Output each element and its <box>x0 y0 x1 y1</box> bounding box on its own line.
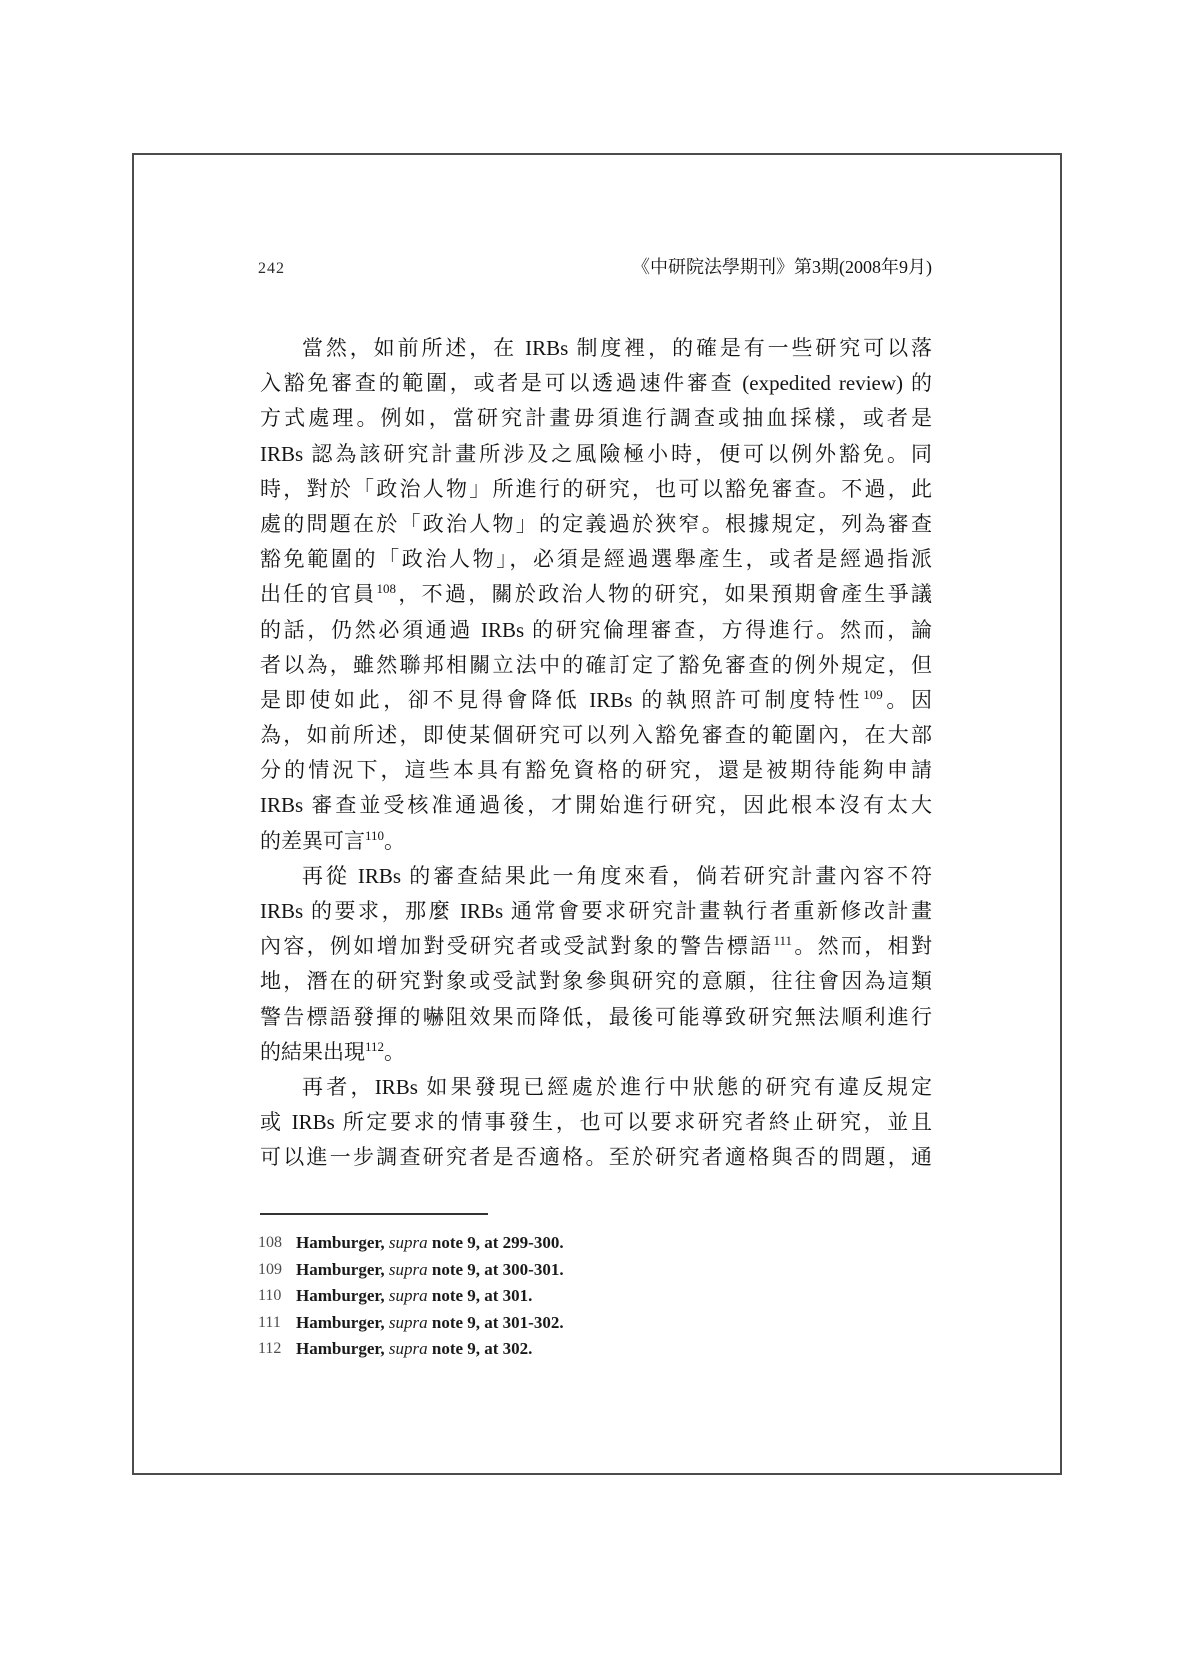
text-run: note 9, at 299-300. <box>428 1233 564 1252</box>
paragraph: 再者，IRBs 如果發現已經處於進行中狀態的研究有違反規定或 IRBs 所定要求… <box>260 1070 932 1176</box>
footnote-ref: 110 <box>365 828 384 843</box>
body-line: 警告標語發揮的嚇阻效果而降低，最後可能導致研究無法順利進行 <box>260 1000 932 1035</box>
footnote-number: 110 <box>258 1283 296 1310</box>
text-run: note 9, at 301. <box>428 1286 533 1305</box>
body-line: 時，對於「政治人物」所進行的研究，也可以豁免審查。不過，此 <box>260 472 932 507</box>
page-number: 242 <box>258 256 285 282</box>
page-header: 242 《中研院法學期刊》第3期(2008年9月) <box>258 254 932 282</box>
body-line: 可以進一步調查研究者是否適格。至於研究者適格與否的問題，通 <box>260 1140 932 1175</box>
footnote-item: 111Hamburger, supra note 9, at 301-302. <box>258 1310 932 1337</box>
text-run: ，不過，關於政治人物的研究，如果預期會產生爭議 <box>396 582 932 606</box>
paragraph: 再從 IRBs 的審查結果此一角度來看，倘若研究計畫內容不符IRBs 的要求，那… <box>260 859 932 1070</box>
text-run: supra <box>389 1286 428 1305</box>
text-run: note 9, at 300-301. <box>428 1260 564 1279</box>
text-run: 可以進一步調查研究者是否適格。至於研究者適格與否的問題，通 <box>260 1145 932 1169</box>
text-run: IRBs 認為該研究計畫所涉及之風險極小時，便可以例外豁免。同 <box>260 442 932 466</box>
text-run: 是即使如此，卻不見得會降低 IRBs 的執照許可制度特性 <box>260 688 863 712</box>
paragraph: 當然，如前所述，在 IRBs 制度裡，的確是有一些研究可以落入豁免審查的範圍，或… <box>260 331 932 859</box>
body-line: 地，潛在的研究對象或受試對象參與研究的意願，往往會因為這類 <box>260 964 932 999</box>
text-run: supra <box>389 1260 428 1279</box>
body-line: 豁免範圍的「政治人物」，必須是經過選舉產生，或者是經過指派 <box>260 542 932 577</box>
footnote-ref: 112 <box>365 1039 384 1054</box>
footnote-text: Hamburger, supra note 9, at 299-300. <box>296 1230 932 1257</box>
body-line: 的差異可言110。 <box>260 824 932 859</box>
text-run: IRBs 審查並受核准通過後，才開始進行研究，因此根本沒有太大 <box>260 793 932 817</box>
text-run: 分的情況下，這些本具有豁免資格的研究，還是被期待能夠申請 <box>260 758 932 782</box>
journal-header: 《中研院法學期刊》第3期(2008年9月) <box>632 254 932 280</box>
text-run: Hamburger, <box>296 1286 389 1305</box>
footnote-separator <box>260 1213 488 1215</box>
footnote-text: Hamburger, supra note 9, at 301. <box>296 1283 932 1310</box>
body-line: IRBs 審查並受核准通過後，才開始進行研究，因此根本沒有太大 <box>260 788 932 823</box>
body-line: 或 IRBs 所定要求的情事發生，也可以要求研究者終止研究，並且 <box>260 1105 932 1140</box>
text-run: 或 IRBs 所定要求的情事發生，也可以要求研究者終止研究，並且 <box>260 1110 932 1134</box>
text-run: 警告標語發揮的嚇阻效果而降低，最後可能導致研究無法順利進行 <box>260 1005 932 1029</box>
body-line: 出任的官員108，不過，關於政治人物的研究，如果預期會產生爭議 <box>260 577 932 612</box>
text-run: note 9, at 302. <box>428 1339 533 1358</box>
footnote-ref: 109 <box>863 687 883 702</box>
journal-page: 242 《中研院法學期刊》第3期(2008年9月) 當然，如前所述，在 IRBs… <box>0 0 1177 1664</box>
footnote-text: Hamburger, supra note 9, at 302. <box>296 1336 932 1363</box>
text-run: 者以為，雖然聯邦相關立法中的確訂定了豁免審查的例外規定，但 <box>260 653 932 677</box>
text-run: 的差異可言 <box>260 829 365 853</box>
body-line: IRBs 的要求，那麼 IRBs 通常會要求研究計畫執行者重新修改計畫 <box>260 894 932 929</box>
text-run: 入豁免審查的範圍，或者是可以透過速件審查 (expedited review) … <box>260 371 932 395</box>
footnote-list: 108Hamburger, supra note 9, at 299-300.1… <box>258 1230 932 1363</box>
body-line: 的結果出現112。 <box>260 1035 932 1070</box>
body-line: 分的情況下，這些本具有豁免資格的研究，還是被期待能夠申請 <box>260 753 932 788</box>
body-line: 當然，如前所述，在 IRBs 制度裡，的確是有一些研究可以落 <box>260 331 932 366</box>
text-run: 出任的官員 <box>260 582 377 606</box>
footnote-item: 112Hamburger, supra note 9, at 302. <box>258 1336 932 1363</box>
body-line: 方式處理。例如，當研究計畫毋須進行調查或抽血採樣，或者是 <box>260 401 932 436</box>
text-run: supra <box>389 1313 428 1332</box>
footnote-number: 111 <box>258 1310 296 1337</box>
text-run: 再者，IRBs 如果發現已經處於進行中狀態的研究有違反規定 <box>302 1075 932 1099</box>
text-run: 方式處理。例如，當研究計畫毋須進行調查或抽血採樣，或者是 <box>260 406 932 430</box>
body-line: 是即使如此，卻不見得會降低 IRBs 的執照許可制度特性109。因 <box>260 683 932 718</box>
text-run: supra <box>389 1233 428 1252</box>
text-run: 。因 <box>883 688 932 712</box>
text-run: 。然而，相對 <box>792 934 932 958</box>
body-line: IRBs 認為該研究計畫所涉及之風險極小時，便可以例外豁免。同 <box>260 437 932 472</box>
text-run: supra <box>389 1339 428 1358</box>
footnote-ref: 111 <box>773 933 792 948</box>
text-run: 為，如前所述，即使某個研究可以列入豁免審查的範圍內，在大部 <box>260 723 932 747</box>
body-line: 的話，仍然必須通過 IRBs 的研究倫理審查，方得進行。然而，論 <box>260 613 932 648</box>
footnote-text: Hamburger, supra note 9, at 300-301. <box>296 1257 932 1284</box>
text-run: Hamburger, <box>296 1339 389 1358</box>
text-run: 的話，仍然必須通過 IRBs 的研究倫理審查，方得進行。然而，論 <box>260 618 932 642</box>
text-run: IRBs 的要求，那麼 IRBs 通常會要求研究計畫執行者重新修改計畫 <box>260 899 932 923</box>
footnote-number: 112 <box>258 1336 296 1363</box>
body-line: 者以為，雖然聯邦相關立法中的確訂定了豁免審查的例外規定，但 <box>260 648 932 683</box>
text-run: Hamburger, <box>296 1233 389 1252</box>
footnote-text: Hamburger, supra note 9, at 301-302. <box>296 1310 932 1337</box>
text-run: 處的問題在於「政治人物」的定義過於狹窄。根據規定，列為審查 <box>260 512 932 536</box>
text-run: note 9, at 301-302. <box>428 1313 564 1332</box>
text-run: Hamburger, <box>296 1260 389 1279</box>
body-line: 內容，例如增加對受研究者或受試對象的警告標語111。然而，相對 <box>260 929 932 964</box>
text-run: 豁免範圍的「政治人物」，必須是經過選舉產生，或者是經過指派 <box>260 547 932 571</box>
footnote-item: 108Hamburger, supra note 9, at 299-300. <box>258 1230 932 1257</box>
body-line: 為，如前所述，即使某個研究可以列入豁免審查的範圍內，在大部 <box>260 718 932 753</box>
text-run: 。 <box>384 1040 405 1064</box>
text-run: 的結果出現 <box>260 1040 365 1064</box>
body-line: 處的問題在於「政治人物」的定義過於狹窄。根據規定，列為審查 <box>260 507 932 542</box>
footnote-item: 110Hamburger, supra note 9, at 301. <box>258 1283 932 1310</box>
text-run: 時，對於「政治人物」所進行的研究，也可以豁免審查。不過，此 <box>260 477 932 501</box>
footnote-item: 109Hamburger, supra note 9, at 300-301. <box>258 1257 932 1284</box>
body-text: 當然，如前所述，在 IRBs 制度裡，的確是有一些研究可以落入豁免審查的範圍，或… <box>260 331 932 1176</box>
text-run: Hamburger, <box>296 1313 389 1332</box>
body-line: 入豁免審查的範圍，或者是可以透過速件審查 (expedited review) … <box>260 366 932 401</box>
footnote-number: 108 <box>258 1230 296 1257</box>
text-run: 當然，如前所述，在 IRBs 制度裡，的確是有一些研究可以落 <box>302 336 932 360</box>
footnote-ref: 108 <box>377 581 397 596</box>
text-run: 再從 IRBs 的審查結果此一角度來看，倘若研究計畫內容不符 <box>302 864 932 888</box>
body-line: 再者，IRBs 如果發現已經處於進行中狀態的研究有違反規定 <box>260 1070 932 1105</box>
footnote-number: 109 <box>258 1257 296 1284</box>
text-run: 內容，例如增加對受研究者或受試對象的警告標語 <box>260 934 773 958</box>
body-line: 再從 IRBs 的審查結果此一角度來看，倘若研究計畫內容不符 <box>260 859 932 894</box>
text-run: 。 <box>384 829 405 853</box>
text-run: 地，潛在的研究對象或受試對象參與研究的意願，往往會因為這類 <box>260 969 932 993</box>
